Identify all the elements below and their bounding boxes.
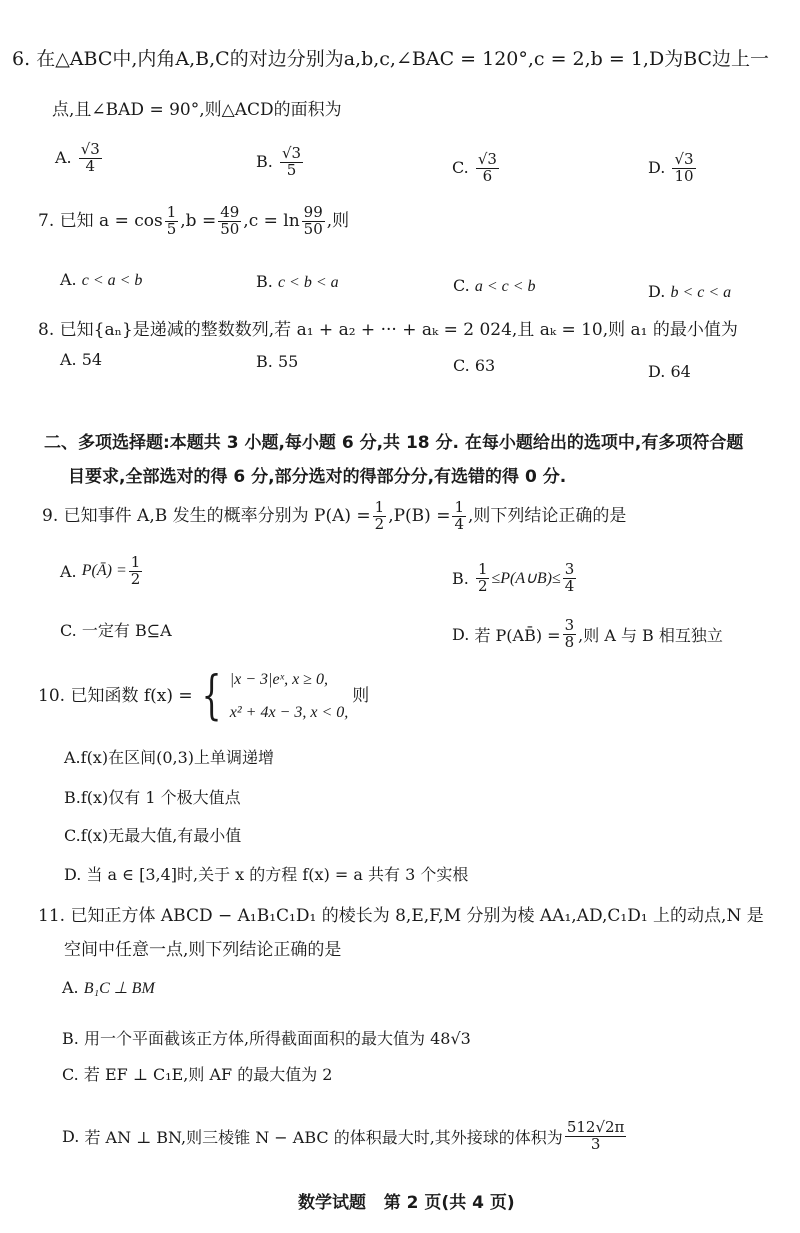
fraction: √34 <box>79 142 102 175</box>
question-6-line-2: 点,且∠BAD = 90°,则△ACD的面积为 <box>52 100 342 120</box>
option-label: C. <box>452 158 469 177</box>
option-label: C. <box>453 276 470 295</box>
option-text: B₁C ⊥ BM <box>84 980 155 997</box>
q7-option-a: A. c < a < b <box>60 270 142 290</box>
q10-option-b: B.f(x)仅有 1 个极大值点 <box>64 785 241 808</box>
option-label: C. <box>62 1065 79 1084</box>
footer-page-number: 第 2 页(共 4 页) <box>384 1193 515 1213</box>
option-label: C. <box>60 621 77 640</box>
q9-option-c: C. 一定有 B⊆A <box>60 618 172 641</box>
question-number: 9. <box>42 506 58 526</box>
q8-option-b: B. 55 <box>256 352 298 371</box>
fraction: √35 <box>280 146 303 179</box>
question-text: 则 <box>352 686 369 706</box>
option-label: D. <box>648 282 665 301</box>
question-text: 在△ABC中,内角A,B,C的对边分别为a,b,c,∠BAC = 120°,c … <box>36 48 769 70</box>
question-text: ,P(B) = <box>388 506 450 526</box>
q10-option-a: A.f(x)在区间(0,3)上单调递增 <box>64 745 274 768</box>
denominator: 50 <box>218 222 241 238</box>
question-text: 已知正方体 ABCD − A₁B₁C₁D₁ 的棱长为 8,E,F,M 分别为棱 … <box>70 906 763 926</box>
option-text: 64 <box>670 362 690 381</box>
q8-option-d: D. 64 <box>648 362 691 381</box>
denominator: 2 <box>476 579 490 595</box>
denominator: 3 <box>589 1137 603 1153</box>
option-label: C. <box>453 356 470 375</box>
denominator: 4 <box>452 517 466 533</box>
option-text: ≤P(A∪B)≤ <box>491 568 560 588</box>
option-text: ,则 A 与 B 相互独立 <box>578 623 723 646</box>
option-label: A. <box>64 748 81 767</box>
fraction: 12 <box>129 555 143 588</box>
question-text: ,c = ln <box>243 211 299 231</box>
left-brace-icon: { <box>201 670 221 722</box>
option-label: B. <box>256 272 273 291</box>
denominator: 2 <box>129 572 143 588</box>
question-number: 11. <box>38 906 65 926</box>
q8-option-c: C. 63 <box>453 356 495 375</box>
q6-option-a: A. √34 <box>55 142 104 175</box>
option-label: A. <box>55 148 72 167</box>
option-label: A. <box>60 562 77 581</box>
question-9: 9. 已知事件 A,B 发生的概率分别为 P(A) = 12 ,P(B) = 1… <box>42 500 626 533</box>
section-2-heading-line-2: 目要求,全部选对的得 6 分,部分选对的得部分分,有选错的得 0 分. <box>68 462 566 487</box>
denominator: 6 <box>481 169 495 185</box>
question-text: 空间中任意一点,则下列结论正确的是 <box>64 940 341 960</box>
option-label: B. <box>256 152 273 171</box>
question-11-line-2: 空间中任意一点,则下列结论正确的是 <box>64 940 341 960</box>
question-text: 点,且∠BAD = 90°,则△ACD的面积为 <box>52 100 342 120</box>
option-label: D. <box>648 362 665 381</box>
option-label: B. <box>256 352 273 371</box>
q11-option-a: A. B₁C ⊥ BM <box>62 978 155 998</box>
fraction: 12 <box>373 500 387 533</box>
q6-option-b: B. √35 <box>256 146 305 179</box>
fraction: 34 <box>563 562 577 595</box>
q11-option-d: D. 若 AN ⊥ BN,则三棱锥 N − ABC 的体积最大时,其外接球的体积… <box>62 1120 628 1153</box>
fraction: 14 <box>452 500 466 533</box>
fraction: 9950 <box>302 205 325 238</box>
question-text: ,b = <box>180 211 216 231</box>
q7-option-c: C. a < c < b <box>453 276 536 296</box>
case-1: |x − 3|eˣ, x ≥ 0, <box>230 670 349 689</box>
option-text: 一定有 B⊆A <box>82 621 172 640</box>
denominator: 5 <box>165 222 179 238</box>
option-text: 当 a ∈ [3,4]时,关于 x 的方程 f(x) = a 共有 3 个实根 <box>86 865 468 884</box>
question-text: 已知{aₙ}是递减的整数数列,若 a₁ + a₂ + ··· + aₖ = 2 … <box>60 320 738 340</box>
fraction: √310 <box>672 152 695 185</box>
option-text: f(x)无最大值,有最小值 <box>81 826 242 845</box>
option-label: A. <box>60 350 77 369</box>
q6-option-d: D. √310 <box>648 152 698 185</box>
case-2: x² + 4x − 3, x < 0, <box>230 703 349 722</box>
q10-option-c: C.f(x)无最大值,有最小值 <box>64 823 241 846</box>
fraction: 12 <box>476 562 490 595</box>
option-text: f(x)仅有 1 个极大值点 <box>81 788 241 807</box>
denominator: 50 <box>302 222 325 238</box>
q9-option-b: B. 12 ≤P(A∪B)≤ 34 <box>452 562 578 595</box>
option-label: C. <box>64 826 81 845</box>
question-10: 10. 已知函数 f(x) = { |x − 3|eˣ, x ≥ 0, x² +… <box>38 670 369 722</box>
footer-subject: 数学试题 <box>298 1193 366 1213</box>
fraction: √36 <box>476 152 499 185</box>
option-label: A. <box>60 270 77 289</box>
q9-option-d: D. 若 P(AB̄) = 38 ,则 A 与 B 相互独立 <box>452 618 723 651</box>
option-label: D. <box>452 625 469 644</box>
cases: |x − 3|eˣ, x ≥ 0, x² + 4x − 3, x < 0, <box>230 670 349 722</box>
question-number: 10. <box>38 686 65 706</box>
option-label: B. <box>452 569 469 588</box>
q7-option-d: D. b < c < a <box>648 282 731 302</box>
option-text: c < b < a <box>278 274 339 291</box>
option-text: f(x)在区间(0,3)上单调递增 <box>81 748 274 767</box>
question-7: 7. 已知 a = cos 15 ,b = 4950 ,c = ln 9950 … <box>38 205 349 238</box>
question-8: 8. 已知{aₙ}是递减的整数数列,若 a₁ + a₂ + ··· + aₖ =… <box>38 320 738 340</box>
question-text: 已知事件 A,B 发生的概率分别为 P(A) = <box>64 506 371 526</box>
piecewise-function: { |x − 3|eˣ, x ≥ 0, x² + 4x − 3, x < 0, <box>193 670 349 722</box>
question-text: ,则 <box>327 211 349 231</box>
q10-option-d: D. 当 a ∈ [3,4]时,关于 x 的方程 f(x) = a 共有 3 个… <box>64 862 468 885</box>
question-text: 已知 a = cos <box>60 211 163 231</box>
option-text: 55 <box>278 352 298 371</box>
denominator: 8 <box>563 635 577 651</box>
question-text: ,则下列结论正确的是 <box>468 506 626 526</box>
denominator: 4 <box>563 579 577 595</box>
option-label: D. <box>62 1127 79 1146</box>
section-heading: 目要求,全部选对的得 6 分,部分选对的得部分分,有选错的得 0 分. <box>68 467 566 487</box>
page-footer: 数学试题 第 2 页(共 4 页) <box>298 1188 515 1213</box>
option-label: A. <box>62 978 79 997</box>
option-text: c < a < b <box>82 272 143 289</box>
option-text: 若 P(AB̄) = <box>474 623 560 646</box>
option-text: 若 EF ⊥ C₁E,则 AF 的最大值为 2 <box>84 1065 333 1084</box>
q8-option-a: A. 54 <box>60 350 102 369</box>
denominator: 4 <box>84 159 98 175</box>
section-2-heading-line-1: 二、多项选择题:本题共 3 小题,每小题 6 分,共 18 分. 在每小题给出的… <box>44 428 743 453</box>
q11-option-c: C. 若 EF ⊥ C₁E,则 AF 的最大值为 2 <box>62 1062 332 1085</box>
q6-option-c: C. √36 <box>452 152 501 185</box>
q11-option-b: B. 用一个平面截该正方体,所得截面面积的最大值为 48√3 <box>62 1026 471 1049</box>
option-label: D. <box>64 865 81 884</box>
q9-option-a: A. P(Ā) = 12 <box>60 555 144 588</box>
section-heading: 二、多项选择题:本题共 3 小题,每小题 6 分,共 18 分. 在每小题给出的… <box>44 433 743 453</box>
option-label: B. <box>62 1029 79 1048</box>
question-number: 6. <box>12 48 30 70</box>
denominator: 2 <box>373 517 387 533</box>
question-6-line-1: 6. 在△ABC中,内角A,B,C的对边分别为a,b,c,∠BAC = 120°… <box>12 48 769 71</box>
option-text: b < c < a <box>670 284 731 301</box>
denominator: 10 <box>672 169 695 185</box>
option-text: 若 AN ⊥ BN,则三棱锥 N − ABC 的体积最大时,其外接球的体积为 <box>84 1125 562 1148</box>
fraction: 38 <box>563 618 577 651</box>
question-text: 已知函数 f(x) = <box>70 686 192 706</box>
option-text: P(Ā) = <box>82 562 127 580</box>
question-11-line-1: 11. 已知正方体 ABCD − A₁B₁C₁D₁ 的棱长为 8,E,F,M 分… <box>38 906 764 926</box>
option-text: 用一个平面截该正方体,所得截面面积的最大值为 48√3 <box>84 1029 471 1048</box>
option-text: a < c < b <box>475 278 536 295</box>
q7-option-b: B. c < b < a <box>256 272 339 292</box>
option-text: 63 <box>475 356 495 375</box>
option-label: B. <box>64 788 81 807</box>
option-text: 54 <box>82 350 102 369</box>
fraction: 15 <box>165 205 179 238</box>
option-label: D. <box>648 158 665 177</box>
question-number: 7. <box>38 211 54 231</box>
fraction: 512√2π3 <box>565 1120 627 1153</box>
fraction: 4950 <box>218 205 241 238</box>
question-number: 8. <box>38 320 54 340</box>
denominator: 5 <box>285 163 299 179</box>
